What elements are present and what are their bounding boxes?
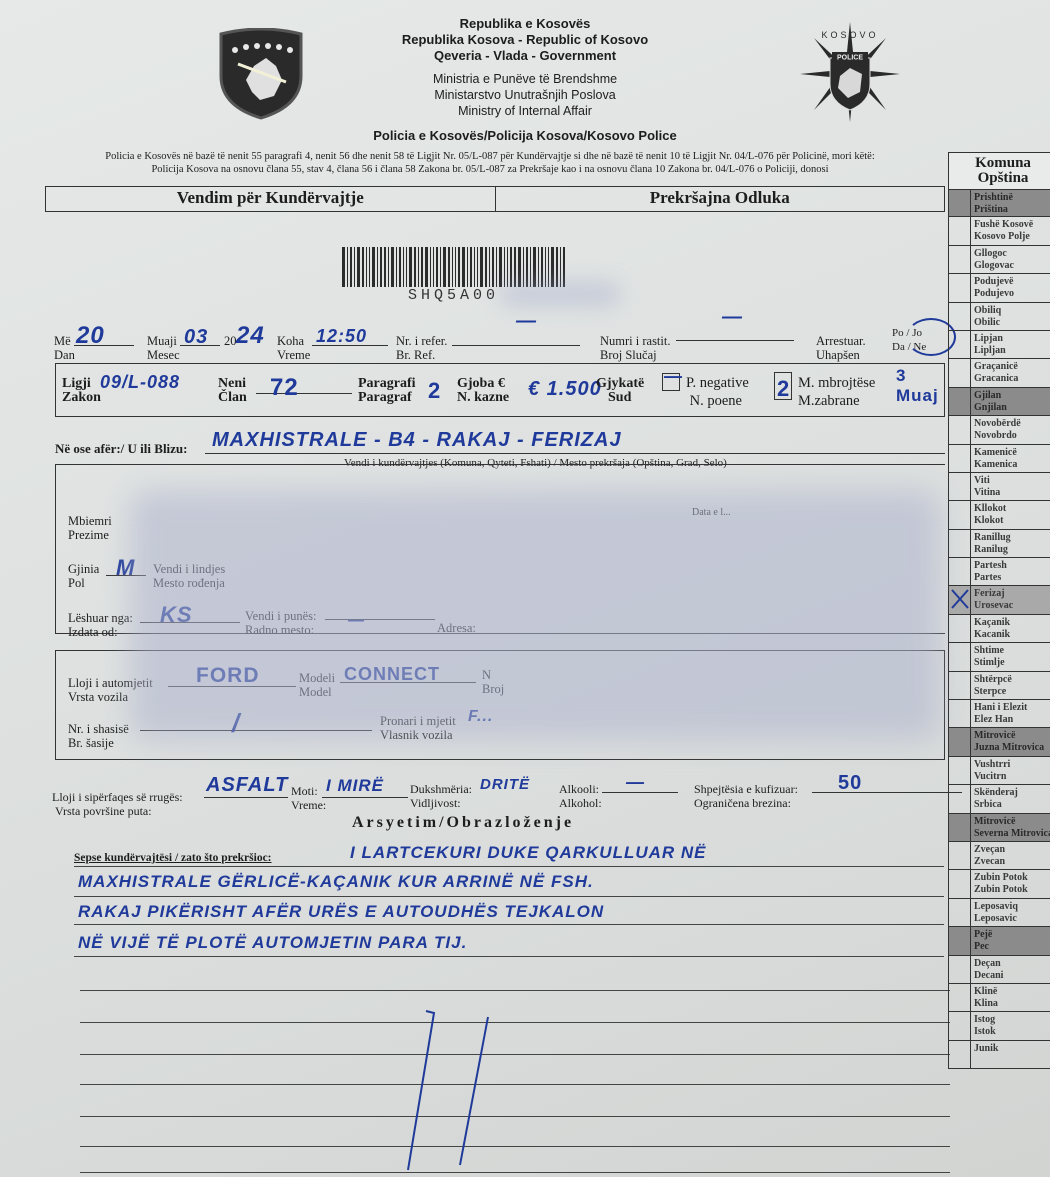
komuna-row[interactable]: KlinëKlina	[948, 984, 1050, 1012]
komuna-name: PrishtinëPriština	[971, 190, 1016, 216]
reasoning-line-4[interactable]: NË VIJË TË PLOTË AUTOMJETIN PARA TIJ.	[78, 933, 467, 953]
komuna-row[interactable]: MitrovicëSeverna Mitrovica	[948, 814, 1050, 842]
surname-label: MbiemriPrezime	[68, 514, 112, 542]
komuna-name: FerizajUrosevac	[971, 586, 1016, 613]
komuna-name: KaçanikKacanik	[971, 615, 1013, 642]
ref-field[interactable]: —	[516, 310, 537, 333]
svg-text:POLICE: POLICE	[837, 55, 863, 62]
komuna-name: NovobërdëNovobrdo	[971, 416, 1024, 443]
komuna-row[interactable]: FerizajUrosevac	[948, 586, 1050, 614]
komuna-name: LipjanLipljan	[971, 331, 1009, 358]
time-label: KohaVreme	[277, 334, 310, 362]
komuna-checkbox[interactable]	[949, 501, 971, 528]
komuna-name: ShtimeStimlje	[971, 643, 1008, 670]
reasoning-label: Sepse kundërvajtësi / zato što prekršioc…	[74, 852, 272, 864]
komuna-checkbox[interactable]	[949, 700, 971, 727]
reasoning-line-2[interactable]: MAXHISTRALE GËRLICË-KAÇANIK KUR ARRINË N…	[78, 872, 594, 892]
komuna-row[interactable]: IstogIstok	[948, 1012, 1050, 1040]
komuna-row[interactable]: ParteshPartes	[948, 558, 1050, 586]
komuna-checkbox[interactable]	[949, 615, 971, 642]
komuna-row[interactable]: Zubin PotokZubin Potok	[948, 870, 1050, 898]
protective-label: M. mbrojtëseM.zabrane	[798, 374, 875, 410]
time-field[interactable]: 12:50	[316, 326, 367, 347]
komuna-row[interactable]: GjilanGnjilan	[948, 388, 1050, 416]
komuna-row[interactable]: MitrovicëJuzna Mitrovica	[948, 728, 1050, 756]
svg-text:KOSOVO: KOSOVO	[821, 30, 878, 40]
komuna-name: ParteshPartes	[971, 558, 1010, 585]
komuna-name: MitrovicëSeverna Mitrovica	[971, 814, 1050, 841]
komuna-row[interactable]: KamenicëKamenica	[948, 445, 1050, 473]
komuna-checkbox[interactable]	[949, 190, 971, 216]
komuna-checkbox[interactable]	[949, 643, 971, 670]
komuna-checkbox[interactable]	[949, 927, 971, 954]
neg-points-field: 2	[777, 376, 790, 402]
komuna-checkbox[interactable]	[949, 984, 971, 1011]
surface-field[interactable]: ASFALT	[206, 774, 288, 797]
komuna-checkbox[interactable]	[949, 274, 971, 301]
komuna-row[interactable]: ShtërpcëSterpce	[948, 672, 1050, 700]
komuna-name: GjilanGnjilan	[971, 388, 1010, 415]
komuna-row[interactable]: PejëPec	[948, 927, 1050, 955]
komuna-row[interactable]: Hani i ElezitElez Han	[948, 700, 1050, 728]
komuna-row[interactable]: Junik	[948, 1041, 1050, 1069]
komuna-row[interactable]: PrishtinëPriština	[948, 189, 1050, 217]
paragraph-field[interactable]: 2	[428, 378, 441, 404]
komuna-name: IstogIstok	[971, 1012, 999, 1039]
barcode-number: SHQ5A00	[408, 287, 499, 304]
month-field[interactable]: 03	[184, 326, 208, 349]
komuna-name: DeçanDecani	[971, 956, 1006, 983]
month-label: MuajiMesec	[147, 334, 180, 362]
komuna-name: Fushë KosovëKosovo Polje	[971, 217, 1036, 244]
year-prefix: 20	[224, 334, 237, 348]
komuna-name: VitiVitina	[971, 473, 1003, 500]
location-label: Në ose afër:/ U ili Blizu:	[55, 442, 188, 456]
article-label: NeniČlan	[218, 377, 247, 405]
komuna-checkbox[interactable]	[949, 217, 971, 244]
law-label: LigjiZakon	[62, 377, 101, 405]
arrest-label: Arrestuar.Uhapšen	[816, 334, 866, 362]
komuna-row[interactable]: DeçanDecani	[948, 956, 1050, 984]
fine-label: Gjoba €N. kazne	[457, 377, 509, 405]
komuna-checkbox[interactable]	[949, 331, 971, 358]
komuna-name: LeposaviqLeposavic	[971, 899, 1021, 926]
komuna-name: ObiliqObilic	[971, 303, 1004, 330]
case-label: Numri i rastit.Broj Slučaj	[600, 334, 670, 362]
court-field: —	[664, 366, 683, 387]
komuna-row[interactable]: RanillugRanilug	[948, 530, 1050, 558]
komuna-row[interactable]: LeposaviqLeposavic	[948, 899, 1050, 927]
komuna-row[interactable]: GllogocGlogovac	[948, 246, 1050, 274]
komuna-list: KomunaOpština PrishtinëPrištinaFushë Kos…	[948, 152, 1050, 1069]
weather-field[interactable]: I MIRË	[326, 776, 384, 796]
alcohol-label: Alkooli:Alkohol:	[559, 782, 602, 810]
redaction	[130, 490, 940, 740]
law-field[interactable]: 09/L-088	[100, 372, 180, 393]
komuna-row[interactable]: VitiVitina	[948, 473, 1050, 501]
komuna-name: Hani i ElezitElez Han	[971, 700, 1030, 727]
komuna-checkbox[interactable]	[949, 445, 971, 472]
komuna-row[interactable]: LipjanLipljan	[948, 331, 1050, 359]
visibility-label: Dukshmëria:Vidljivost:	[410, 782, 472, 810]
komuna-name: MitrovicëJuzna Mitrovica	[971, 728, 1047, 755]
komuna-name: Junik	[971, 1041, 1001, 1068]
komuna-checkbox[interactable]	[949, 956, 971, 983]
komuna-checkbox[interactable]	[949, 303, 971, 330]
speed-label: Shpejtësia e kufizuar:Ograničena brezina…	[694, 782, 798, 810]
komuna-row[interactable]: ShtimeStimlje	[948, 643, 1050, 671]
komuna-checkbox[interactable]	[949, 388, 971, 415]
strike-mark	[380, 1005, 540, 1175]
day-field[interactable]: 20	[76, 322, 105, 350]
document-title: Vendim për Kundërvajtje Prekršajna Odluk…	[45, 186, 945, 212]
komuna-checkbox[interactable]	[949, 416, 971, 443]
komuna-name: GllogocGlogovac	[971, 246, 1017, 273]
ref-label: Nr. i refer.Br. Ref.	[396, 334, 447, 362]
speed-field[interactable]: 50	[838, 772, 862, 795]
komuna-row[interactable]: KllokotKlokot	[948, 501, 1050, 529]
komuna-checkbox[interactable]	[949, 246, 971, 273]
komuna-checkbox[interactable]	[949, 473, 971, 500]
fine-field[interactable]: € 1.500	[528, 378, 602, 401]
komuna-name: PodujevëPodujevo	[971, 274, 1017, 301]
komuna-checkbox[interactable]	[949, 530, 971, 557]
location-field[interactable]: MAXHISTRALE - B4 - RAKAJ - FERIZAJ	[212, 429, 622, 452]
komuna-checkbox[interactable]	[949, 359, 971, 386]
chassis-label: Nr. i shasisëBr. šasije	[68, 722, 129, 750]
alcohol-field[interactable]: —	[626, 772, 645, 793]
komuna-name: ShtërpcëSterpce	[971, 672, 1015, 699]
komuna-row[interactable]: VushtrriVucitrn	[948, 757, 1050, 785]
komuna-name: PejëPec	[971, 927, 995, 954]
barcode	[342, 247, 702, 287]
weather-label: Moti:Vreme:	[291, 784, 326, 812]
komuna-row[interactable]: KaçanikKacanik	[948, 615, 1050, 643]
komuna-row[interactable]: PodujevëPodujevo	[948, 274, 1050, 302]
issued-label: Lëshuar nga:Izdata od:	[68, 611, 133, 639]
year-field[interactable]: 24	[236, 322, 265, 350]
komuna-checkbox[interactable]	[949, 728, 971, 755]
komuna-row[interactable]: GraçanicëGracanica	[948, 359, 1050, 387]
legal-basis-sr: Policija Kosova na osnovu člana 55, stav…	[20, 164, 960, 176]
komuna-checkbox[interactable]	[949, 672, 971, 699]
komuna-checkbox[interactable]	[949, 558, 971, 585]
court-label: GjykatëSud	[596, 377, 644, 405]
reasoning-title: Arsyetim/Obrazloženje	[352, 814, 574, 832]
komuna-row[interactable]: SkënderajSrbica	[948, 785, 1050, 813]
komuna-title: KomunaOpština	[948, 152, 1050, 189]
komuna-name: Zubin PotokZubin Potok	[971, 870, 1031, 897]
komuna-name: KllokotKlokot	[971, 501, 1009, 528]
reasoning-line-3[interactable]: RAKAJ PIKËRISHT AFËR URËS E AUTOUDHËS TE…	[78, 902, 604, 922]
komuna-checkbox[interactable]	[949, 586, 971, 613]
komuna-name: KlinëKlina	[971, 984, 1001, 1011]
title-serbian: Prekršajna Odluka	[495, 187, 945, 211]
reasoning-line-1[interactable]: I LARTCEKURI DUKE QARKULLUAR NË	[350, 843, 707, 863]
title-albanian: Vendim për Kundërvajtje	[46, 187, 495, 211]
komuna-row[interactable]: ObiliqObilic	[948, 303, 1050, 331]
komuna-name: GraçanicëGracanica	[971, 359, 1021, 386]
komuna-checkbox[interactable]	[949, 899, 971, 926]
komuna-name: VushtrriVucitrn	[971, 757, 1013, 784]
surface-label: Lloji i sipërfaqes së rrugës: Vrsta povr…	[52, 790, 183, 818]
komuna-name: SkënderajSrbica	[971, 785, 1021, 812]
article-field[interactable]: 72	[270, 374, 299, 402]
gender-label: GjiniaPol	[68, 562, 99, 590]
case-field[interactable]: —	[722, 306, 743, 329]
header-police: Policia e Kosovës/Policija Kosova/Kosovo…	[0, 128, 1050, 143]
kosovo-police-badge-icon: POLICE KOSOVO	[800, 22, 900, 122]
day-label: MëDan	[54, 334, 75, 362]
komuna-row[interactable]: ZveçanZvecan	[948, 842, 1050, 870]
legal-basis-sq: Policia e Kosovës në bazë të nenit 55 pa…	[20, 151, 960, 163]
komuna-checkbox[interactable]	[949, 757, 971, 784]
komuna-row[interactable]: Fushë KosovëKosovo Polje	[948, 217, 1050, 245]
komuna-checkbox[interactable]	[949, 870, 971, 897]
paragraph-label: ParagrafiParagraf	[358, 377, 416, 405]
komuna-row[interactable]: NovobërdëNovobrdo	[948, 416, 1050, 444]
komuna-name: RanillugRanilug	[971, 530, 1014, 557]
redaction	[500, 282, 620, 306]
komuna-checkbox[interactable]	[949, 842, 971, 869]
komuna-checkbox[interactable]	[949, 1012, 971, 1039]
protective-field[interactable]: 3 Muaj	[896, 366, 946, 406]
komuna-checkbox[interactable]	[949, 785, 971, 812]
komuna-checkbox[interactable]	[949, 814, 971, 841]
x-mark-icon	[949, 586, 971, 612]
neg-points-label: P. negative N. poene	[686, 374, 749, 410]
komuna-checkbox[interactable]	[949, 1041, 971, 1068]
visibility-field[interactable]: DRITË	[480, 776, 530, 793]
komuna-name: ZveçanZvecan	[971, 842, 1008, 869]
komuna-name: KamenicëKamenica	[971, 445, 1020, 472]
